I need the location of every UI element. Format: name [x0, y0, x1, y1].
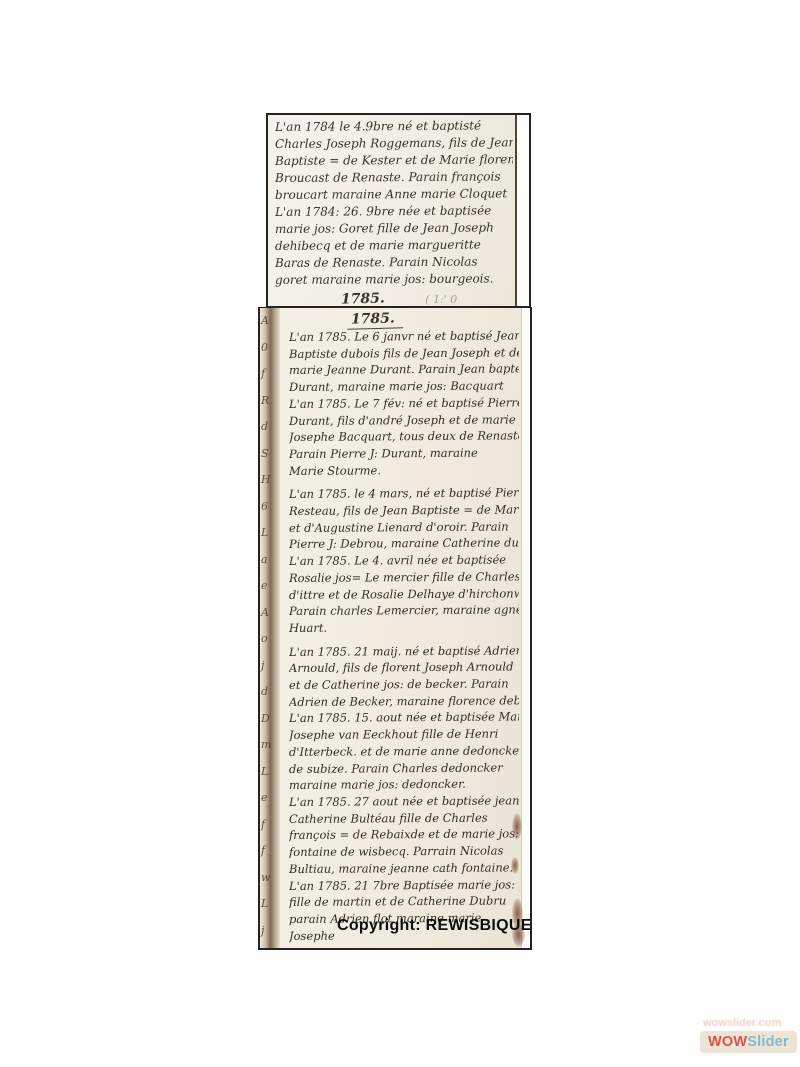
gutter-text-fragment: d — [260, 414, 280, 441]
page-canvas: L'an 1784 le 4.9bre né et baptistéCharle… — [0, 0, 800, 1067]
manuscript-line: marie jos: Goret fille de Jean Joseph — [275, 219, 513, 238]
gutter-text-fragment: L — [260, 891, 280, 918]
gutter-text-fragments: A0fRdSH6LaeAojdDmLeffwLj — [260, 308, 280, 944]
gutter-text-fragment: e — [260, 573, 280, 600]
wowslider-faint-url: wowslider.com — [703, 1017, 781, 1029]
manuscript-lines-top: L'an 1784 le 4.9bre né et baptistéCharle… — [275, 119, 513, 289]
manuscript-line: françois = de Rebaixde et de marie jos: — [289, 826, 519, 844]
manuscript-line: Baptiste = de Kester et de Marie florenc… — [275, 151, 513, 170]
manuscript-line: Josephe Bacquart, tous deux de Renaste. — [289, 428, 519, 446]
manuscript-line: et de Catherine jos: de becker. Parain — [289, 675, 519, 693]
manuscript-paper-top: L'an 1784 le 4.9bre né et baptistéCharle… — [268, 115, 517, 306]
manuscript-line: d'Itterbeck. et de marie anne dedoncker — [289, 742, 519, 760]
manuscript-line: L'an 1785. le 4 mars, né et baptisé Pier… — [289, 485, 519, 503]
copyright-text: Copyright: REWISBIQUE — [337, 916, 532, 935]
manuscript-line: Josephe van Eeckhout fille de Henri — [289, 726, 519, 744]
manuscript-line: Charles Joseph Roggemans, fils de Jean — [275, 134, 513, 153]
manuscript-line: Durant, fils d'andré Joseph et de marie — [289, 411, 519, 429]
gutter-text-fragment: A — [260, 600, 280, 627]
manuscript-line: L'an 1785. 21 maij. né et baptisé Adrien… — [289, 642, 519, 660]
gutter-text-fragment: 6 — [260, 494, 280, 521]
manuscript-line: Parain charles Lemercier, maraine agnès — [289, 602, 519, 620]
manuscript-line: Durant, maraine marie jos: Bacquart — [289, 378, 519, 396]
gutter-text-fragment: 0 — [260, 335, 280, 362]
manuscript-line: broucart maraine Anne marie Cloquet — [275, 185, 513, 204]
year-heading-1785-top: 1785. — [337, 290, 393, 306]
gutter-text-fragment: L — [260, 759, 280, 786]
wowslider-slider-text: Slider — [747, 1034, 789, 1050]
manuscript-line: Rosalie jos= Le mercier fille de Charles… — [289, 568, 519, 586]
wowslider-badge[interactable]: WOWSlider — [700, 1031, 797, 1053]
gutter-text-fragment: L — [260, 520, 280, 547]
gutter-text-fragment: R — [260, 388, 280, 415]
manuscript-line: fontaine de wisbecq. Parrain Nicolas — [289, 842, 519, 860]
manuscript-line: L'an 1785. 27 aout née et baptisée jeann… — [289, 792, 519, 810]
manuscript-line: L'an 1785. 15. aout née et baptisée Mari… — [289, 709, 519, 727]
wowslider-wow-text: WOW — [708, 1034, 747, 1050]
manuscript-line: Marie Stourme. — [289, 461, 519, 479]
ink-stain — [512, 813, 522, 840]
manuscript-line: Arnould, fils de florent Joseph Arnould — [289, 659, 519, 677]
gutter-text-fragment: j — [260, 918, 280, 945]
manuscript-line: Pierre J: Debrou, maraine Catherine dubo… — [289, 535, 519, 553]
gutter-text-fragment: H — [260, 467, 280, 494]
manuscript-line: Bultiau, maraine jeanne cath fontaine. — [289, 859, 519, 877]
gutter-text-fragment: o — [260, 626, 280, 653]
gutter-text-fragment: d — [260, 679, 280, 706]
manuscript-line: L'an 1785. Le 4. avril née et baptisée — [289, 552, 519, 570]
gutter-text-fragment: w — [260, 865, 280, 892]
manuscript-line: dehibecq et de marie margueritte — [275, 236, 513, 255]
manuscript-lines-bottom: L'an 1785. Le 6 janvr né et baptisé Jean… — [289, 329, 519, 944]
gutter-text-fragment: m — [260, 732, 280, 759]
year-heading-row-top: 1785. ( 1:' 0 — [275, 290, 513, 306]
manuscript-line: Baras de Renaste. Parain Nicolas — [275, 253, 513, 272]
manuscript-line: maraine marie jos: dedoncker. — [289, 776, 519, 794]
manuscript-line: L'an 1785. Le 6 janvr né et baptisé Jean… — [289, 327, 519, 345]
year-heading-row: 1785. — [289, 310, 519, 329]
faint-ink-marks: ( 1:' 0 — [425, 293, 457, 306]
manuscript-line: goret maraine marie jos: bourgeois. — [275, 270, 513, 289]
manuscript-line: fille de martin et de Catherine Dubru — [289, 893, 519, 911]
gutter-text-fragment: f — [260, 838, 280, 865]
manuscript-line: L'an 1785. Le 7 fév: né et baptisé Pierr… — [289, 394, 519, 412]
gutter-text-fragment: f — [260, 361, 280, 388]
gutter-text-fragment: D — [260, 706, 280, 733]
manuscript-scan-top: L'an 1784 le 4.9bre né et baptistéCharle… — [266, 113, 531, 308]
manuscript-scan-bottom: A0fRdSH6LaeAojdDmLeffwLj 1785. L'an 1785… — [258, 307, 532, 950]
manuscript-line: L'an 1784 le 4.9bre né et baptisté — [275, 117, 513, 136]
manuscript-paper-bottom: 1785. L'an 1785. Le 6 janvr né et baptis… — [280, 308, 522, 948]
gutter-text-fragment: e — [260, 785, 280, 812]
gutter-text-fragment: f — [260, 812, 280, 839]
gutter-text-fragment: a — [260, 547, 280, 574]
manuscript-line: Broucast de Renaste. Parain françois — [275, 168, 513, 187]
manuscript-line: Parain Pierre J: Durant, maraine — [289, 444, 519, 462]
manuscript-line: marie Jeanne Durant. Parain Jean bapte — [289, 361, 519, 379]
binding-gutter: A0fRdSH6LaeAojdDmLeffwLj — [260, 308, 280, 948]
manuscript-line: L'an 1785. 21 7bre Baptisée marie jos: M… — [289, 876, 519, 894]
gutter-text-fragment: j — [260, 653, 280, 680]
manuscript-line: L'an 1784: 26. 9bre née et baptisée — [275, 202, 513, 221]
manuscript-line: Resteau, fils de Jean Baptiste = de Marc… — [289, 501, 519, 519]
manuscript-line: de subize. Parain Charles dedoncker — [289, 759, 519, 777]
year-heading-1785: 1785. — [347, 310, 403, 329]
manuscript-line: Huart. — [289, 618, 519, 636]
ink-stain — [511, 857, 519, 874]
gutter-text-fragment: A — [260, 308, 280, 335]
gutter-text-fragment: S — [260, 441, 280, 468]
manuscript-line: d'ittre et de Rosalie Delhaye d'hirchonw… — [289, 585, 519, 603]
